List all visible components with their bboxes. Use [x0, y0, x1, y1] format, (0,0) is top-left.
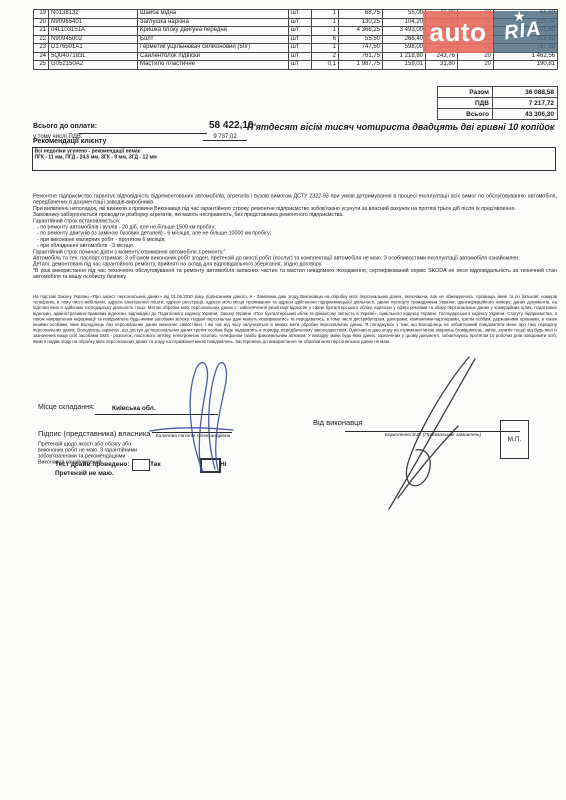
table-row: 245Q0407183LСайлентблок підвіскишт2761,7…	[34, 52, 558, 61]
owner-name-wrap: Калачова Наталія Олександрівна	[148, 433, 238, 444]
item-cell-desc: Болт	[138, 35, 289, 44]
item-cell-unit: шт	[289, 10, 312, 19]
place-of-signing-value: Київська обл.	[112, 405, 156, 412]
item-cell-part: N90945002	[49, 35, 138, 44]
item-cell-desc: Герметик ущільнювач силіконовий (50г)	[138, 44, 289, 53]
watermark-auto-text: auto	[423, 11, 493, 53]
test-drive-no-checkbox	[200, 458, 221, 473]
totals-table: Разом36 088,58ПДВ7 217,72Всього43 306,30	[437, 86, 558, 120]
item-cell-vat: 243,76	[426, 52, 458, 61]
item-cell-price: 68,75	[339, 10, 383, 19]
watermark-ria-block: ★ RIA	[493, 11, 557, 53]
item-cell-sum: 159,01	[383, 61, 426, 70]
amount-due-block: Всього до оплати: 58 422,10 П'ятдесят ві…	[33, 120, 556, 144]
item-cell-num: 25	[34, 61, 49, 70]
item-cell-qty: 1	[312, 18, 339, 27]
item-cell-price: 747,50	[339, 44, 383, 53]
test-drive-no-label: Ні	[220, 461, 227, 468]
place-of-signing-label: Місце складання:	[38, 404, 95, 411]
terms-paragraph: Ремонтне підприємство гарантує відповідн…	[33, 193, 557, 205]
item-cell-vat: 31,80	[426, 61, 458, 70]
item-cell-unit: шт	[289, 27, 312, 36]
item-cell-part: 04L103151A	[49, 27, 138, 36]
owner-name: Калачова Наталія Олександрівна	[148, 433, 238, 439]
item-cell-sum: 598,00	[383, 44, 426, 53]
stamp-label: М.П.	[508, 436, 522, 443]
no-claims-text: Претензій не маю.	[55, 470, 114, 477]
item-cell-sum: 266,40	[383, 35, 426, 44]
item-cell-unit: шт	[289, 35, 312, 44]
item-cell-price: 130,25	[339, 18, 383, 27]
item-cell-price: 1 987,75	[339, 61, 383, 70]
item-cell-num: 21	[34, 27, 49, 36]
recommendations-title: Рекомендації клієнту	[33, 138, 106, 145]
item-cell-sum: 3 493,00	[383, 27, 426, 36]
item-cell-desc: Кришка блоку двигуна передня	[138, 27, 289, 36]
totals-row: ПДВ7 217,72	[438, 98, 558, 109]
recommendation-line-2: ПГК - 11 мм, ПГД - 24,5 мм, ЗГК - 9 мм, …	[33, 155, 555, 161]
item-cell-unit: шт	[289, 52, 312, 61]
totals-row: Разом36 088,58	[438, 87, 558, 98]
item-cell-desc: Заглушка нарізна	[138, 18, 289, 27]
payment-total-label: Всього до оплати:	[33, 123, 97, 130]
test-drive-yes-label: Так	[150, 461, 161, 468]
item-cell-qty: 1	[312, 27, 339, 36]
watermark-ria-text: RIA	[503, 18, 543, 46]
totals-value: 36 088,58	[493, 87, 558, 98]
item-cell-num: 19	[34, 10, 49, 19]
item-cell-part: 5Q0407183L	[49, 52, 138, 61]
executor-label: Від виконавця	[313, 418, 363, 427]
item-cell-qty: 1	[312, 44, 339, 53]
item-cell-qty: 1	[312, 10, 339, 19]
auto-ria-watermark: auto ★ RIA	[423, 11, 557, 53]
totals-value: 7 217,72	[493, 98, 558, 109]
item-cell-qty: 0,1	[312, 61, 339, 70]
item-cell-price: 55,50	[339, 35, 383, 44]
test-drive-yes-checkbox	[132, 459, 150, 471]
totals-label: ПДВ	[438, 98, 493, 109]
item-cell-num: 24	[34, 52, 49, 61]
item-cell-sum: 104,20	[383, 18, 426, 27]
stamp-box: М.П.	[500, 420, 529, 459]
item-cell-price: 761,75	[339, 52, 383, 61]
amount-underline	[79, 132, 207, 134]
item-cell-num: 20	[34, 18, 49, 27]
item-cell-pct: 20	[458, 61, 494, 70]
item-cell-num: 23	[34, 44, 49, 53]
item-cell-price: 4 366,25	[339, 27, 383, 36]
item-cell-qty: 6	[312, 35, 339, 44]
place-underline	[95, 413, 218, 415]
totals-label: Всього	[438, 109, 493, 120]
test-drive-label: Тест драйв проведено:	[55, 461, 129, 468]
item-cell-sum: 55,00	[383, 10, 426, 19]
totals-value: 43 306,30	[493, 109, 558, 120]
item-cell-total: 190,81	[494, 61, 558, 70]
item-cell-qty: 2	[312, 52, 339, 61]
amount-in-words: П'ятдесят вісім тисяч чотириста двадцять…	[247, 122, 554, 132]
scanned-invoice-page: 19N0138132Шайба міднашт168,7555,0011,002…	[0, 0, 566, 800]
executor-name-wrap: Барколенко В.В. (Приймальник замовлень)	[348, 432, 518, 443]
executor-name: Барколенко В.В. (Приймальник замовлень)	[348, 432, 518, 438]
terms-paragraph: *В разі використання під час технічного …	[33, 267, 557, 279]
item-cell-pct: 20	[458, 52, 494, 61]
totals-label: Разом	[438, 87, 493, 98]
item-cell-desc: Сайлентблок підвіски	[138, 52, 289, 61]
vat-included-value: 9 737,02	[203, 134, 247, 141]
item-cell-part: G052150A2	[49, 61, 138, 70]
item-cell-desc: Шайба мідна	[138, 10, 289, 19]
item-cell-desc: Мастило пластичне	[138, 61, 289, 70]
item-cell-total: 1 462,56	[494, 52, 558, 61]
item-cell-unit: шт	[289, 61, 312, 70]
item-cell-num: 22	[34, 35, 49, 44]
privacy-text-block: На підставі Закону України «Про захист п…	[33, 294, 557, 395]
item-cell-part: D176501A1	[49, 44, 138, 53]
totals-row: Всього43 306,30	[438, 109, 558, 120]
item-cell-unit: шт	[289, 44, 312, 53]
item-cell-part: N0138132	[49, 10, 138, 19]
owner-signature-title: Підпис (представника) власника	[38, 429, 150, 438]
table-row: 25G052150A2Мастило пластичнешт0,11 987,7…	[34, 61, 558, 70]
recommendations-box: Всі недоліки усунено - рекомендації нема…	[32, 147, 556, 171]
item-cell-sum: 1 218,80	[383, 52, 426, 61]
privacy-text: На підставі Закону України «Про захист п…	[33, 294, 557, 344]
item-cell-unit: шт	[289, 18, 312, 27]
item-cell-part: N90965401	[49, 18, 138, 27]
